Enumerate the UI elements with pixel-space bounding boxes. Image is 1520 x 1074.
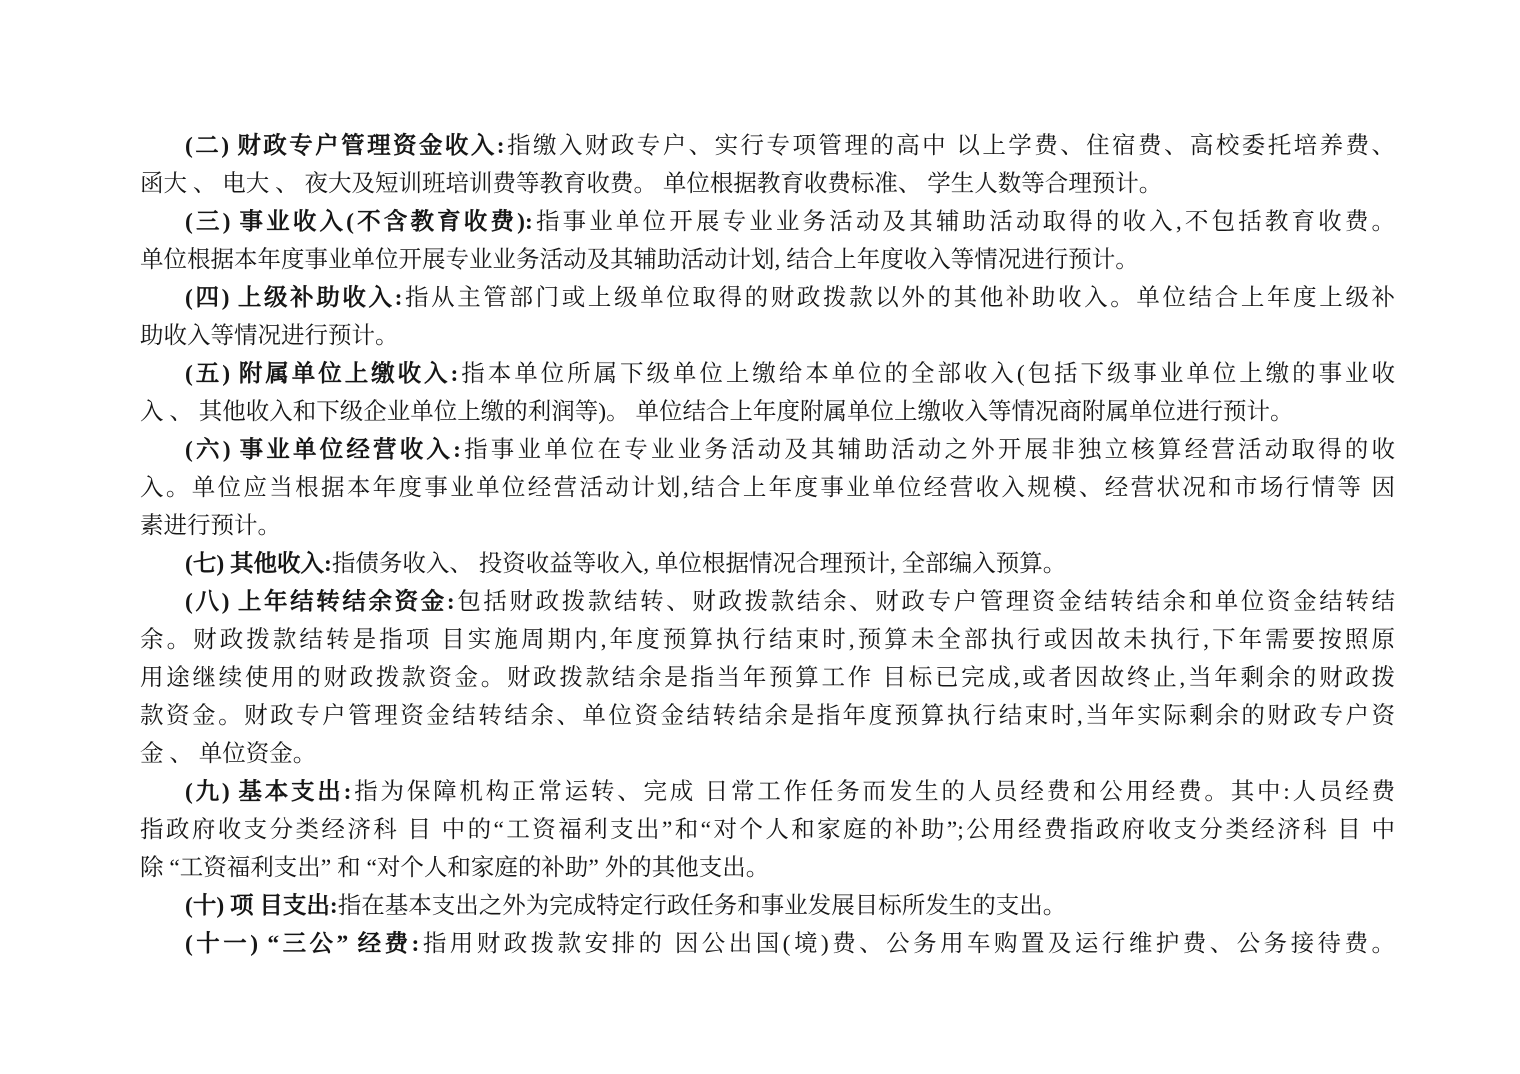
paragraph-term: (七) 其他收入:	[185, 551, 332, 577]
text-line: (四) 上级补助收入:指从主管部门或上级单位取得的财政拨款以外的其他补助收入。单…	[140, 279, 1395, 317]
paragraph-term: (二) 财政专户管理资金收入:	[185, 133, 505, 159]
paragraph-text: 指事业单位在专业业务活动及其辅助活动之外开展非独立核算经营活动取得的收	[461, 437, 1395, 463]
document-page: (二) 财政专户管理资金收入:指缴入财政专户、实行专项管理的高中 以上学费、住宿…	[0, 0, 1520, 1074]
text-line: 素进行预计。	[140, 507, 1395, 545]
text-line: 入。单位应当根据本年度事业单位经营活动计划,结合上年度事业单位经营收入规模、经营…	[140, 469, 1395, 507]
text-line: 款资金。财政专户管理资金结转结余、单位资金结转结余是指年度预算执行结束时,当年实…	[140, 697, 1395, 735]
paragraph-term: (九) 基本支出:	[185, 779, 351, 805]
paragraph-text: 指政府收支分类经济科 目 中的“工资福利支出”和“对个人和家庭的补助”;公用经费…	[140, 817, 1395, 843]
text-line: 用途继续使用的财政拨款资金。财政拨款结余是指当年预算工作 目标已完成,或者因故终…	[140, 659, 1395, 697]
text-line: 余。财政拨款结转是指项 目实施周期内,年度预算执行结束时,预算未全部执行或因故未…	[140, 621, 1395, 659]
paragraph-text: 金 、 单位资金。	[140, 741, 316, 767]
paragraph-text: 指用财政拨款安排的 因公出国(境)费、公务用车购置及运行维护费、公务接待费。	[419, 931, 1395, 957]
paragraph-text: 素进行预计。	[140, 513, 281, 539]
paragraph-text: 余。财政拨款结转是指项 目实施周期内,年度预算执行结束时,预算未全部执行或因故未…	[140, 627, 1395, 653]
text-line: 入 、 其他收入和下级企业单位上缴的利润等)。 单位结合上年度附属单位上缴收入等…	[140, 393, 1395, 431]
paragraph-text: 入。单位应当根据本年度事业单位经营活动计划,结合上年度事业单位经营收入规模、经营…	[140, 475, 1395, 501]
text-line: 助收入等情况进行预计。	[140, 317, 1395, 355]
text-line: 指政府收支分类经济科 目 中的“工资福利支出”和“对个人和家庭的补助”;公用经费…	[140, 811, 1395, 849]
paragraph-term: (四) 上级补助收入:	[185, 285, 402, 311]
paragraph-text: 指本单位所属下级单位上缴给本单位的全部收入(包括下级事业单位上缴的事业收	[458, 361, 1395, 387]
text-line: 函大 、 电大 、 夜大及短训班培训费等教育收费。 单位根据教育收费标准、 学生…	[140, 165, 1395, 203]
paragraph-text: 单位根据本年度事业单位开展专业业务活动及其辅助活动计划, 结合上年度收入等情况进…	[140, 247, 1139, 273]
paragraph-term: (十一) “三公” 经费:	[185, 931, 419, 957]
text-line: (三) 事业收入(不含教育收费):指事业单位开展专业业务活动及其辅助活动取得的收…	[140, 203, 1395, 241]
text-line: (七) 其他收入:指债务收入、 投资收益等收入, 单位根据情况合理预计, 全部编…	[140, 545, 1395, 583]
text-line: 金 、 单位资金。	[140, 735, 1395, 773]
paragraph-text: 用途继续使用的财政拨款资金。财政拨款结余是指当年预算工作 目标已完成,或者因故终…	[140, 665, 1395, 691]
paragraph-text: 除 “工资福利支出” 和 “对个人和家庭的补助” 外的其他支出。	[140, 855, 769, 881]
paragraph-term: (三) 事业收入(不含教育收费):	[185, 209, 533, 235]
paragraph-text: 款资金。财政专户管理资金结转结余、单位资金结转结余是指年度预算执行结束时,当年实…	[140, 703, 1395, 729]
text-line: (八) 上年结转结余资金:包括财政拨款结转、财政拨款结余、财政专户管理资金结转结…	[140, 583, 1395, 621]
text-line: 单位根据本年度事业单位开展专业业务活动及其辅助活动计划, 结合上年度收入等情况进…	[140, 241, 1395, 279]
text-line: (二) 财政专户管理资金收入:指缴入财政专户、实行专项管理的高中 以上学费、住宿…	[140, 127, 1395, 165]
paragraph-term: (十) 项 目支出:	[185, 893, 338, 919]
paragraph-text: 指事业单位开展专业业务活动及其辅助活动取得的收入,不包括教育收费。	[533, 209, 1395, 235]
paragraph-text: 函大 、 电大 、 夜大及短训班培训费等教育收费。 单位根据教育收费标准、 学生…	[140, 171, 1162, 197]
paragraph-text: 指债务收入、 投资收益等收入, 单位根据情况合理预计, 全部编入预算。	[332, 551, 1066, 577]
paragraph-text: 指缴入财政专户、实行专项管理的高中 以上学费、住宿费、高校委托培养费、	[505, 133, 1395, 159]
text-line: (九) 基本支出:指为保障机构正常运转、完成 日常工作任务而发生的人员经费和公用…	[140, 773, 1395, 811]
paragraph-term: (五) 附属单位上缴收入:	[185, 361, 458, 387]
paragraph-text: 入 、 其他收入和下级企业单位上缴的利润等)。 单位结合上年度附属单位上缴收入等…	[140, 399, 1293, 425]
document-body: (二) 财政专户管理资金收入:指缴入财政专户、实行专项管理的高中 以上学费、住宿…	[140, 127, 1395, 963]
text-line: (六) 事业单位经营收入:指事业单位在专业业务活动及其辅助活动之外开展非独立核算…	[140, 431, 1395, 469]
paragraph-term: (八) 上年结转结余资金:	[185, 589, 455, 615]
text-line: (十) 项 目支出:指在基本支出之外为完成特定行政任务和事业发展目标所发生的支出…	[140, 887, 1395, 925]
paragraph-text: 指在基本支出之外为完成特定行政任务和事业发展目标所发生的支出。	[338, 893, 1067, 919]
text-line: (十一) “三公” 经费:指用财政拨款安排的 因公出国(境)费、公务用车购置及运…	[140, 925, 1395, 963]
paragraph-term: (六) 事业单位经营收入:	[185, 437, 461, 463]
paragraph-text: 指从主管部门或上级单位取得的财政拨款以外的其他补助收入。单位结合上年度上级补	[402, 285, 1395, 311]
text-line: 除 “工资福利支出” 和 “对个人和家庭的补助” 外的其他支出。	[140, 849, 1395, 887]
paragraph-text: 指为保障机构正常运转、完成 日常工作任务而发生的人员经费和公用经费。其中:人员经…	[351, 779, 1395, 805]
paragraph-text: 包括财政拨款结转、财政拨款结余、财政专户管理资金结转结余和单位资金结转结	[455, 589, 1395, 615]
text-line: (五) 附属单位上缴收入:指本单位所属下级单位上缴给本单位的全部收入(包括下级事…	[140, 355, 1395, 393]
paragraph-text: 助收入等情况进行预计。	[140, 323, 399, 349]
